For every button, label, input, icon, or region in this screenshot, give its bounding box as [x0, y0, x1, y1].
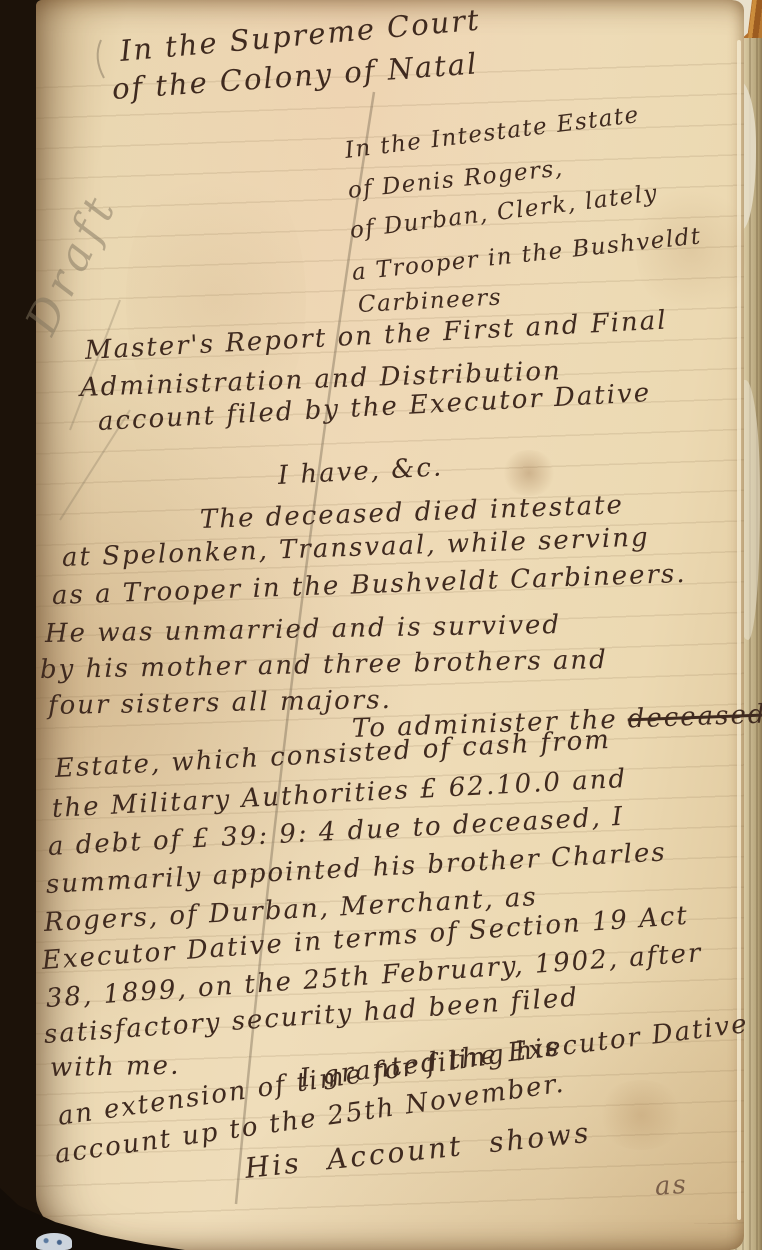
ink-stain: [501, 450, 557, 496]
manuscript-photo: Draft In the Supreme Court of the Colony…: [0, 0, 762, 1250]
body-line: with me.: [50, 1051, 181, 1083]
marbled-endpaper-fragment: [36, 1233, 72, 1250]
catchword: as: [654, 1170, 689, 1202]
struck-word: deceased's: [627, 699, 762, 735]
body-line: four sisters all majors.: [48, 685, 392, 721]
page-edge-highlight: [737, 40, 741, 1220]
age-stain: [596, 1080, 686, 1150]
